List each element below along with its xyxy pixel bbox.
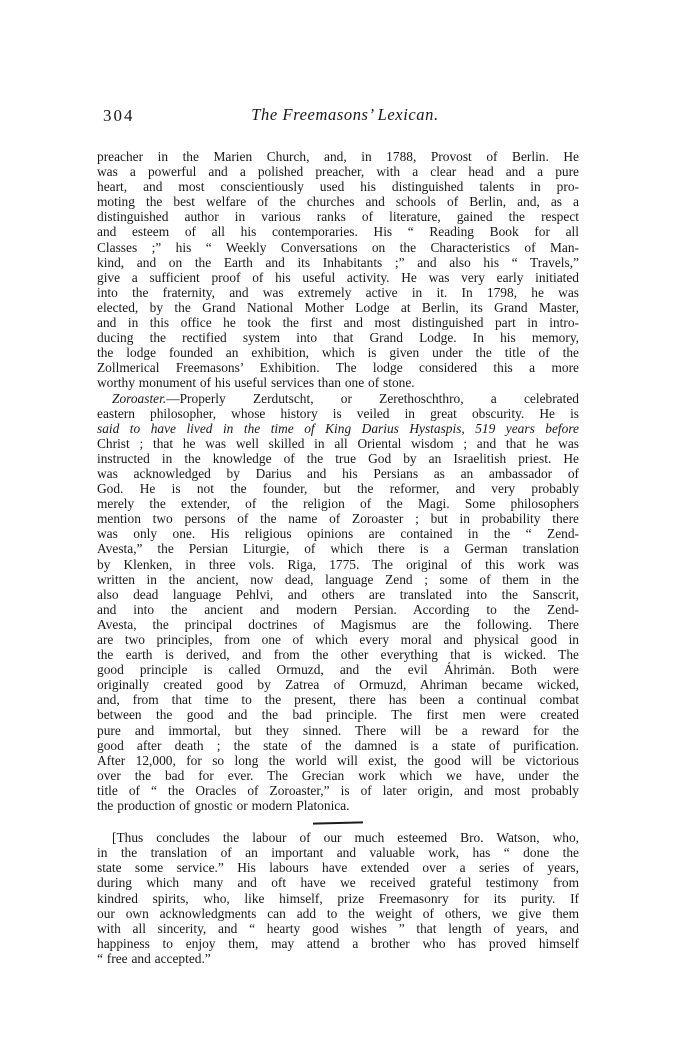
text-line: Avesta,” the Persian Liturgie, of which …: [97, 541, 579, 556]
text-line: After 12,000, for so long the world will…: [97, 753, 579, 768]
text-line: good principle is called Ormuzd, and the…: [97, 662, 579, 677]
text-line: and into the ancient and modern Persian.…: [97, 602, 579, 617]
text-line: was only one. His religious opinions are…: [97, 526, 579, 541]
text-line: kind, and on the Earth and its Inhabitan…: [97, 255, 579, 270]
text-line: heart, and most conscientiously used his…: [97, 179, 579, 194]
text-line: was acknowledged by Darius and his Persi…: [97, 466, 579, 481]
text-line: the earth is derived, and from the other…: [97, 647, 579, 662]
text-line: are two principles, from one of which ev…: [97, 632, 579, 647]
text-line: written in the ancient, now dead, langua…: [97, 572, 579, 587]
text-line: preacher in the Marien Church, and, in 1…: [97, 149, 579, 164]
text-line: distinguished author in various ranks of…: [97, 209, 579, 224]
text-line: Zoroaster.—Properly Zerdutscht, or Zeret…: [97, 391, 579, 406]
text-line: our own acknowledgments can add to the w…: [97, 906, 579, 921]
text-line: during which many and oft have we receiv…: [97, 875, 579, 890]
text-line: originally created good by Zatrea of Orm…: [97, 677, 579, 692]
section-divider: [313, 821, 363, 824]
text-line: worthy monument of his useful services t…: [97, 375, 579, 390]
text-line: by Klenken, in three vols. Riga, 1775. T…: [97, 557, 579, 572]
text-line: “ free and accepted.”: [97, 951, 579, 966]
paragraph: [Thus concludes the labour of our much e…: [97, 830, 579, 966]
text-line: instructed in the knowledge of the true …: [97, 451, 579, 466]
text-line: said to have lived in the time of King D…: [97, 421, 579, 436]
text-line: was a powerful and a polished preacher, …: [97, 164, 579, 179]
text-line: elected, by the Grand National Mother Lo…: [97, 300, 579, 315]
text-line: Avesta, the principal doctrines of Magis…: [97, 617, 579, 632]
page-number: 304: [103, 106, 135, 126]
text-line: give a sufficient proof of his useful ac…: [97, 270, 579, 285]
text-line: ducing the rectified system into that Gr…: [97, 330, 579, 345]
text-line: and esteem of all his contemporaries. Hi…: [97, 224, 579, 239]
paragraph: preacher in the Marien Church, and, in 1…: [97, 149, 579, 391]
text-line: and, from that time to the present, ther…: [97, 692, 579, 707]
text-line: God. He is not the founder, but the refo…: [97, 481, 579, 496]
text-line: merely the extender, of the religion of …: [97, 496, 579, 511]
text-line: the lodge founded an exhibition, which i…: [97, 345, 579, 360]
paragraph: Zoroaster.—Properly Zerdutscht, or Zeret…: [97, 391, 579, 814]
text-line: and in this office he took the first and…: [97, 315, 579, 330]
text-line: mention two persons of the name of Zoroa…: [97, 511, 579, 526]
text-line: Classes ;” his “ Weekly Conversations on…: [97, 240, 579, 255]
text-line: between the good and the bad principle. …: [97, 707, 579, 722]
text-line: the production of gnostic or modern Plat…: [97, 798, 579, 813]
text-line: state some service.” His labours have ex…: [97, 860, 579, 875]
text-line: Zollmerical Freemasons’ Exhibition. The …: [97, 360, 579, 375]
text-line: kindred spirits, who, like himself, priz…: [97, 891, 579, 906]
text-line: with all sincerity, and “ hearty good wi…: [97, 921, 579, 936]
text-line: pure and immortal, but they sinned. Ther…: [97, 723, 579, 738]
text-line: over the bad for ever. The Grecian work …: [97, 768, 579, 783]
book-page: 304 The Freemasons’ Lexican. preacher in…: [0, 0, 673, 1053]
text-line: eastern philosopher, whose history is ve…: [97, 406, 579, 421]
text-line: moting the best welfare of the churches …: [97, 194, 579, 209]
text-line: also dead language Pehlvi, and others ar…: [97, 587, 579, 602]
body-text: preacher in the Marien Church, and, in 1…: [97, 149, 579, 966]
page-title: The Freemasons’ Lexican.: [97, 105, 579, 125]
text-line: in the translation of an important and v…: [97, 845, 579, 860]
text-line: Christ ; that he was well skilled in all…: [97, 436, 579, 451]
text-line: into the fraternity, and was extremely a…: [97, 285, 579, 300]
text-line: happiness to enjoy them, may attend a br…: [97, 936, 579, 951]
text-line: [Thus concludes the labour of our much e…: [97, 830, 579, 845]
text-line: good after death ; the state of the damn…: [97, 738, 579, 753]
running-header: 304 The Freemasons’ Lexican.: [97, 105, 579, 127]
text-line: title of “ the Oracles of Zoroaster,” is…: [97, 783, 579, 798]
